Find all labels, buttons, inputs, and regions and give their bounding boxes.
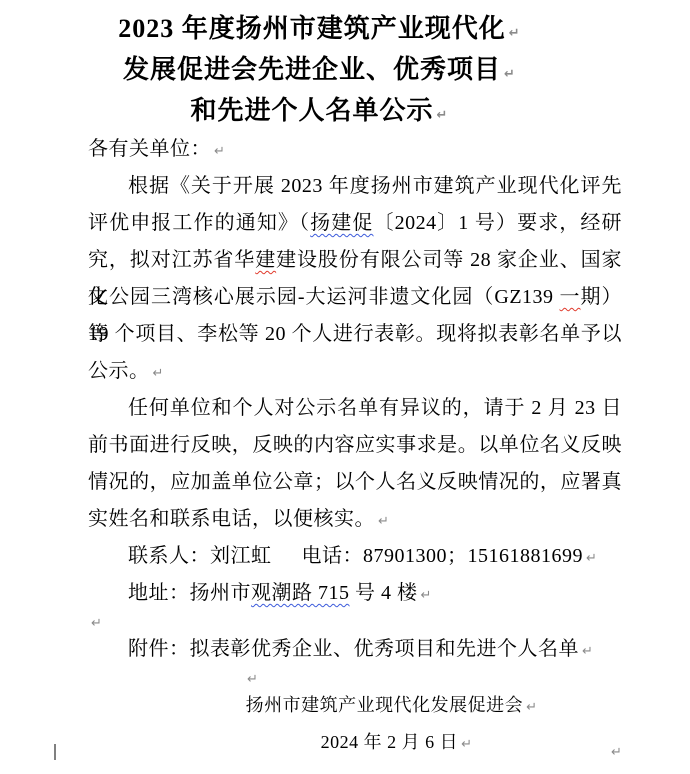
paragraph-mark-icon: ↵ bbox=[378, 514, 389, 529]
title-text: 和先进个人名单公示 bbox=[191, 96, 434, 125]
body-line[interactable]: 任何单位和个人对公示名单有异议的，请于 2 月 23 日 bbox=[88, 390, 622, 427]
date-line[interactable]: 2024 年 2 月 6 日↵ bbox=[88, 724, 622, 761]
body-line[interactable]: 实姓名和联系电话，以便核实。↵ bbox=[88, 501, 622, 538]
text-run: 实姓名和联系电话，以便核实。 bbox=[88, 508, 375, 530]
title-line-3[interactable]: 和先进个人名单公示↵ bbox=[0, 90, 638, 131]
paragraph-mark-icon: ↵ bbox=[421, 588, 432, 603]
salutation-line[interactable]: 各有关单位：↵ bbox=[88, 131, 622, 168]
text-run: 号 4 楼 bbox=[350, 582, 418, 604]
contact-line[interactable]: 联系人：刘江虹电话：87901300；15161881699↵ bbox=[88, 538, 622, 575]
paragraph-mark-icon: ↵ bbox=[461, 737, 472, 752]
text-run: 任何单位和个人对公示名单有异议的，请于 2 月 23 日 bbox=[128, 397, 622, 419]
paragraph-mark-icon: ↵ bbox=[582, 644, 593, 659]
text-run: 评优申报工作的通知》（ bbox=[88, 212, 310, 234]
contact-person: 联系人：刘江虹 bbox=[128, 545, 272, 567]
paragraph-mark-icon: ↵ bbox=[437, 108, 448, 123]
text-run: 究，拟对江苏省华 bbox=[88, 249, 255, 271]
grammar-flagged-text: 观潮路 715 bbox=[251, 582, 350, 604]
text-run: 前书面进行反映，反映的内容应实事求是。以单位名义反映 bbox=[88, 434, 622, 456]
body-line[interactable]: 究，拟对江苏省华建建设股份有限公司等 28 家企业、国家文 bbox=[88, 242, 622, 279]
document-title: 2023 年度扬州市建筑产业现代化↵ 发展促进会先进企业、优秀项目↵ 和先进个人… bbox=[0, 0, 690, 131]
address-line[interactable]: 地址：扬州市观潮路 715 号 4 楼↵ bbox=[88, 575, 622, 612]
document-page: 2023 年度扬州市建筑产业现代化↵ 发展促进会先进企业、优秀项目↵ 和先进个人… bbox=[0, 0, 690, 774]
body-line[interactable]: 公示。↵ bbox=[88, 353, 622, 390]
title-line-1[interactable]: 2023 年度扬州市建筑产业现代化↵ bbox=[0, 8, 638, 49]
paragraph-mark-icon: ↵ bbox=[504, 67, 515, 82]
title-text: 发展促进会先进企业、优秀项目 bbox=[123, 55, 501, 84]
body-line[interactable]: 前书面进行反映，反映的内容应实事求是。以单位名义反映 bbox=[88, 427, 622, 464]
body-line[interactable]: 评优申报工作的通知》（扬建促〔2024〕1 号）要求，经研 bbox=[88, 205, 622, 242]
paragraph-mark-icon: ↵ bbox=[526, 700, 537, 715]
text-run: 附件：拟表彰优秀企业、优秀项目和先进个人名单 bbox=[128, 638, 579, 660]
body-line[interactable]: 化公园三湾核心展示园-大运河非遗文化园（GZ139 一期）等 bbox=[88, 279, 622, 316]
paragraph-mark-icon: ↵ bbox=[509, 26, 520, 41]
text-run: 地址：扬州市 bbox=[128, 582, 251, 604]
paragraph-mark-icon: ↵ bbox=[214, 144, 225, 159]
spellcheck-flagged-text: 一 bbox=[560, 286, 581, 308]
paragraph-mark-icon: ↵ bbox=[247, 672, 258, 687]
spellcheck-flagged-text: 建 bbox=[255, 249, 276, 271]
empty-line[interactable]: ↵ bbox=[88, 668, 622, 687]
text-run: 化公园三湾核心展示园-大运河非遗文化园（GZ139 bbox=[88, 286, 560, 308]
body-line[interactable]: 19 个项目、李松等 20 个人进行表彰。现将拟表彰名单予以 bbox=[88, 316, 622, 353]
signature-text: 扬州市建筑产业现代化发展促进会 bbox=[246, 695, 524, 715]
paragraph-mark-icon: ↵ bbox=[586, 551, 597, 566]
text-run: 根据《关于开展 2023 年度扬州市建筑产业现代化评先 bbox=[128, 175, 622, 197]
paragraph-mark-icon: ↵ bbox=[91, 616, 102, 631]
empty-line[interactable]: ↵ bbox=[88, 612, 622, 631]
grammar-flagged-text: 扬建促 bbox=[310, 212, 373, 234]
title-line-2[interactable]: 发展促进会先进企业、优秀项目↵ bbox=[0, 49, 638, 90]
date-text: 2024 年 2 月 6 日 bbox=[321, 732, 459, 752]
text-run: 19 个项目、李松等 20 个人进行表彰。现将拟表彰名单予以 bbox=[88, 323, 622, 345]
paragraph-mark-icon: ↵ bbox=[611, 745, 622, 760]
body-line[interactable]: 情况的，应加盖单位公章；以个人名义反映情况的，应署真 bbox=[88, 464, 622, 501]
attachment-line[interactable]: 附件：拟表彰优秀企业、优秀项目和先进个人名单↵ bbox=[88, 631, 622, 668]
title-text: 2023 年度扬州市建筑产业现代化 bbox=[118, 14, 506, 43]
text-cursor bbox=[54, 744, 56, 760]
paragraph-mark-icon: ↵ bbox=[153, 366, 164, 381]
signature-line[interactable]: 扬州市建筑产业现代化发展促进会↵ bbox=[88, 687, 622, 724]
text-run: 公示。 bbox=[88, 360, 150, 382]
contact-phone: 电话：87901300；15161881699 bbox=[302, 545, 584, 567]
text-run: 情况的，应加盖单位公章；以个人名义反映情况的，应署真 bbox=[88, 471, 622, 493]
text-run: 〔2024〕1 号）要求，经研 bbox=[373, 212, 622, 234]
document-body: 各有关单位：↵ 根据《关于开展 2023 年度扬州市建筑产业现代化评先 评优申报… bbox=[88, 131, 622, 761]
body-line[interactable]: 根据《关于开展 2023 年度扬州市建筑产业现代化评先 bbox=[88, 168, 622, 205]
text-run: 各有关单位： bbox=[88, 138, 211, 160]
